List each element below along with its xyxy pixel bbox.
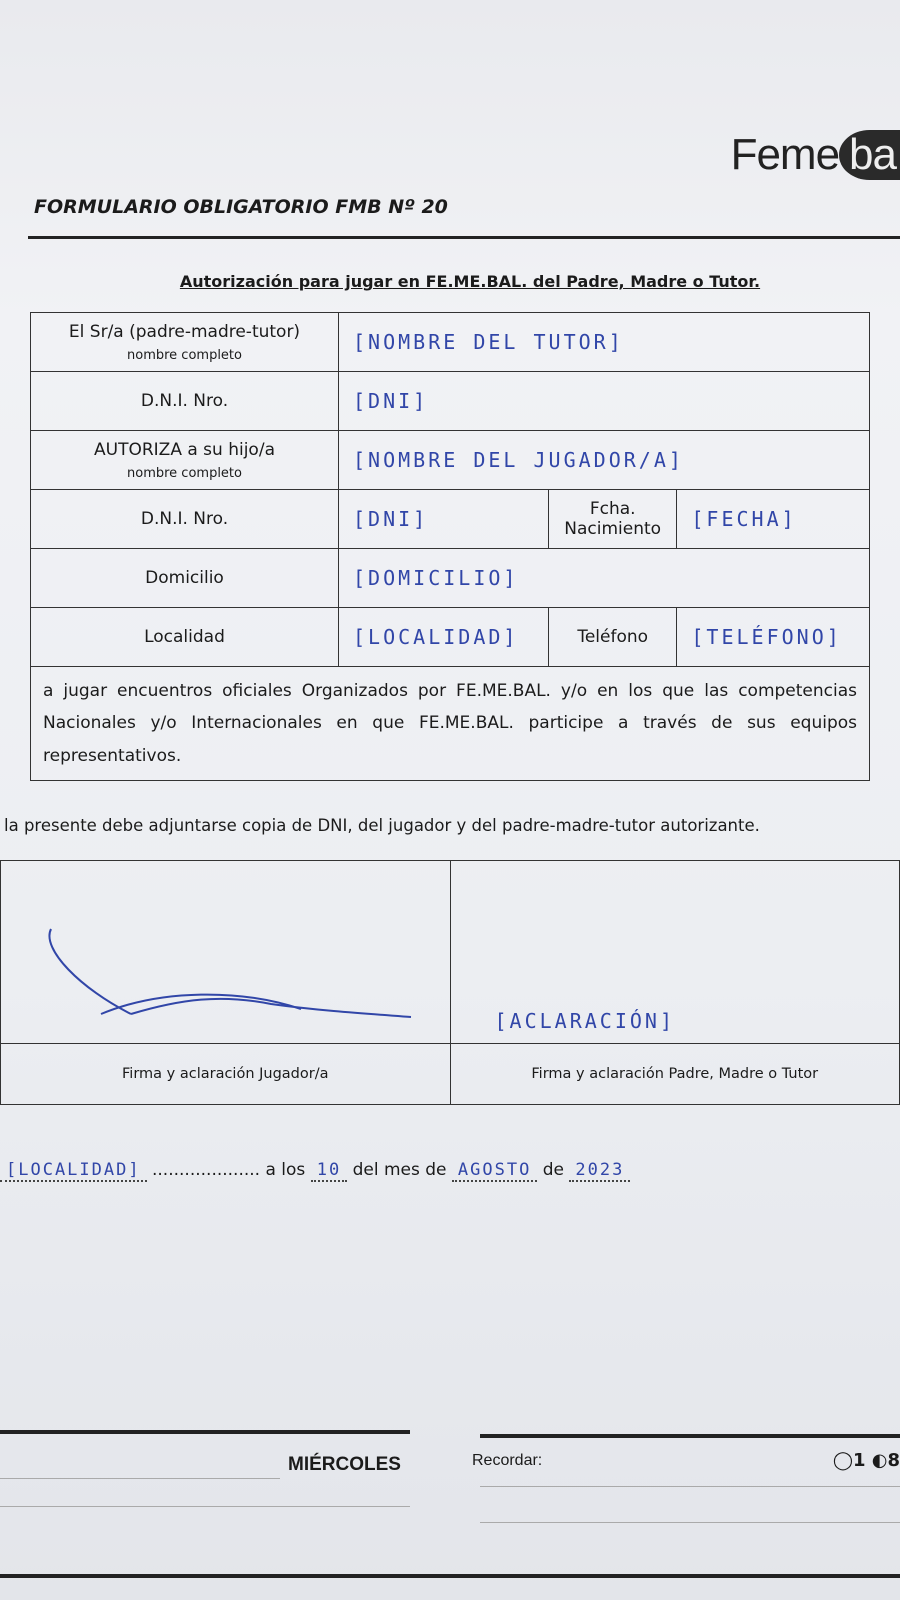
agenda-line [480,1486,900,1487]
guardian-dni-field[interactable]: [DNI] [339,372,870,431]
signature-table: [ACLARACIÓN] Firma y aclaración Jugador/… [0,860,900,1105]
agenda-rule-bottom [0,1574,900,1578]
agenda-line [480,1522,900,1523]
attachment-note: la presente debe adjuntarse copia de DNI… [4,816,760,835]
guardian-signature-caption: Firma y aclaración Padre, Madre o Tutor [450,1044,900,1105]
authorization-text: a jugar encuentros oficiales Organizados… [31,667,870,781]
guardian-name-row: El Sr/a (padre-madre-tutor) nombre compl… [31,313,870,372]
agenda-line [0,1478,280,1479]
logo-badge: ba [839,130,900,180]
form-title: FORMULARIO OBLIGATORIO FMB Nº 20 [34,196,448,218]
place-field[interactable]: [LOCALIDAD] [0,1160,147,1182]
agenda-rule-right [480,1434,900,1438]
agenda-line [0,1506,410,1507]
guardian-name-field[interactable]: [NOMBRE DEL TUTOR] [339,313,870,372]
agenda-day-label: MIÉRCOLES [288,1454,401,1476]
agenda-rule-left [0,1430,410,1434]
locality-field[interactable]: [LOCALIDAD] [339,608,549,667]
phone-field[interactable]: [TELÉFONO] [677,608,870,667]
birth-date-label: Fcha. Nacimiento [549,490,677,549]
place-date-line: [LOCALIDAD] .................... a los 1… [0,1160,880,1180]
guardian-dni-row: D.N.I. Nro. [DNI] [31,372,870,431]
document-page: Femeba FORMULARIO OBLIGATORIO FMB Nº 20 … [0,0,900,1600]
authorization-text-row: a jugar encuentros oficiales Organizados… [31,667,870,781]
form-subtitle: Autorización para jugar en FE.ME.BAL. de… [0,272,900,291]
phone-label: Teléfono [549,608,677,667]
day-field[interactable]: 10 [311,1160,347,1182]
moon-phase-icon: ◯1 ◐8 [833,1450,900,1471]
authorization-table: El Sr/a (padre-madre-tutor) nombre compl… [30,312,870,781]
femeba-logo: Femeba [731,130,900,180]
locality-row: Localidad [LOCALIDAD] Teléfono [TELÉFONO… [31,608,870,667]
player-name-row: AUTORIZA a su hijo/a nombre completo [NO… [31,431,870,490]
title-rule [28,236,900,239]
player-signature-area[interactable] [1,861,451,1044]
player-signature-caption: Firma y aclaración Jugador/a [1,1044,451,1105]
signature-scribble-icon [41,919,421,1029]
player-dni-row: D.N.I. Nro. [DNI] Fcha. Nacimiento [FECH… [31,490,870,549]
guardian-signature-area[interactable]: [ACLARACIÓN] [450,861,900,1044]
month-field[interactable]: AGOSTO [452,1160,537,1182]
player-dni-field[interactable]: [DNI] [339,490,549,549]
year-field[interactable]: 2023 [569,1160,630,1182]
agenda-reminder-label: Recordar: [472,1452,542,1470]
address-field[interactable]: [DOMICILIO] [339,549,870,608]
address-row: Domicilio [DOMICILIO] [31,549,870,608]
guardian-clarification: [ACLARACIÓN] [481,1009,676,1033]
birth-date-field[interactable]: [FECHA] [677,490,870,549]
player-name-field[interactable]: [NOMBRE DEL JUGADOR/A] [339,431,870,490]
